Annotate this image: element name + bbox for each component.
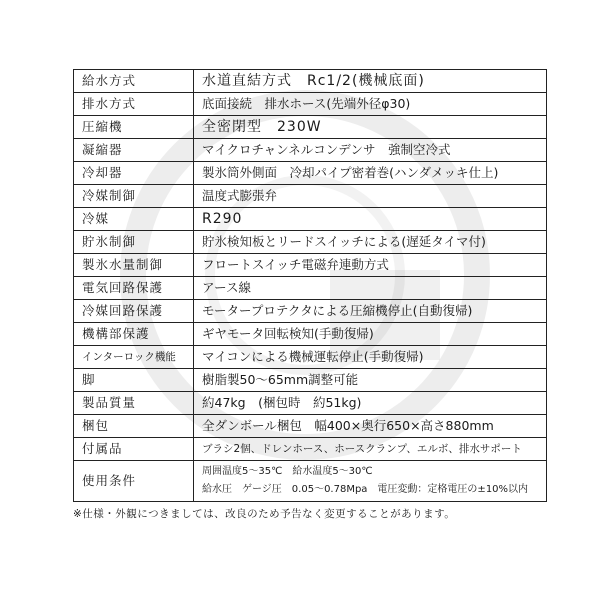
spec-table: 給水方式 水道直結方式 Rc1/2(機械底面) 排水方式 底面接続 排水ホース(… xyxy=(73,69,547,502)
table-row: インターロック機能 マイコンによる機械運転停止(手動復帰) xyxy=(74,346,547,369)
row-value: マイコンによる機械運転停止(手動復帰) xyxy=(194,346,547,369)
row-value: 水道直結方式 Rc1/2(機械底面) xyxy=(194,70,547,93)
row-label: 脚 xyxy=(74,369,194,392)
row-label: 冷媒制御 xyxy=(74,185,194,208)
table-row: 冷却器 製氷筒外側面 冷却パイプ密着巻(ハンダメッキ仕上) xyxy=(74,162,547,185)
row-label: 製氷水量制御 xyxy=(74,254,194,277)
row-value: フロートスイッチ電磁弁連動方式 xyxy=(194,254,547,277)
footnote: ※仕様・外観につきましては、改良のため予告なく変更することがあります。 xyxy=(73,506,455,521)
row-label: 給水方式 xyxy=(74,70,194,93)
row-label: 凝縮器 xyxy=(74,139,194,162)
table-row: 付属品 ブラシ2個、ドレンホース、ホースクランプ、エルボ、排水サポート xyxy=(74,438,547,461)
table-row: 製氷水量制御 フロートスイッチ電磁弁連動方式 xyxy=(74,254,547,277)
row-value: R290 xyxy=(194,208,547,231)
row-value: アース線 xyxy=(194,277,547,300)
row-value: マイクロチャンネルコンデンサ 強制空冷式 xyxy=(194,139,547,162)
row-label: 使用条件 xyxy=(74,461,194,502)
table-row: 冷媒制御 温度式膨張弁 xyxy=(74,185,547,208)
row-value: 全密閉型 230W xyxy=(194,116,547,139)
row-label: 貯氷制御 xyxy=(74,231,194,254)
table-row: 圧縮機 全密閉型 230W xyxy=(74,116,547,139)
row-value: 温度式膨張弁 xyxy=(194,185,547,208)
table-row: 製品質量 約47kg (梱包時 約51kg) xyxy=(74,392,547,415)
row-value: 製氷筒外側面 冷却パイプ密着巻(ハンダメッキ仕上) xyxy=(194,162,547,185)
row-label: 排水方式 xyxy=(74,93,194,116)
row-value: 底面接続 排水ホース(先端外径φ30) xyxy=(194,93,547,116)
row-label: 電気回路保護 xyxy=(74,277,194,300)
row-value: 約47kg (梱包時 約51kg) xyxy=(194,392,547,415)
table-row-conditions: 使用条件 周囲温度5〜35℃ 給水温度5〜30℃ 給水圧 ゲージ圧 0.05〜0… xyxy=(74,461,547,502)
row-label: 冷媒 xyxy=(74,208,194,231)
row-value: モータープロテクタによる圧縮機停止(自動復帰) xyxy=(194,300,547,323)
table-row: 電気回路保護 アース線 xyxy=(74,277,547,300)
table-row: 給水方式 水道直結方式 Rc1/2(機械底面) xyxy=(74,70,547,93)
row-label: 製品質量 xyxy=(74,392,194,415)
row-value-conditions: 周囲温度5〜35℃ 給水温度5〜30℃ 給水圧 ゲージ圧 0.05〜0.78Mp… xyxy=(194,461,547,502)
row-value: ブラシ2個、ドレンホース、ホースクランプ、エルボ、排水サポート xyxy=(194,438,547,461)
table-row: 貯氷制御 貯氷検知板とリードスイッチによる(遅延タイマ付) xyxy=(74,231,547,254)
row-label: 冷媒回路保護 xyxy=(74,300,194,323)
table-row: 梱包 全ダンボール梱包 幅400×奥行650×高さ880mm xyxy=(74,415,547,438)
row-value: 全ダンボール梱包 幅400×奥行650×高さ880mm xyxy=(194,415,547,438)
table-row: 排水方式 底面接続 排水ホース(先端外径φ30) xyxy=(74,93,547,116)
row-label: 梱包 xyxy=(74,415,194,438)
table-row: 機構部保護 ギヤモータ回転検知(手動復帰) xyxy=(74,323,547,346)
conditions-line-pressure-voltage: 給水圧 ゲージ圧 0.05〜0.78Mpa 電圧変動：定格電圧の±10%以内 xyxy=(202,481,546,499)
row-label: 付属品 xyxy=(74,438,194,461)
row-label: 圧縮機 xyxy=(74,116,194,139)
table-row: 冷媒 R290 xyxy=(74,208,547,231)
table-row: 冷媒回路保護 モータープロテクタによる圧縮機停止(自動復帰) xyxy=(74,300,547,323)
row-value: ギヤモータ回転検知(手動復帰) xyxy=(194,323,547,346)
table-row: 凝縮器 マイクロチャンネルコンデンサ 強制空冷式 xyxy=(74,139,547,162)
row-value: 樹脂製50〜65mm調整可能 xyxy=(194,369,547,392)
row-label: 機構部保護 xyxy=(74,323,194,346)
conditions-line-temperature: 周囲温度5〜35℃ 給水温度5〜30℃ xyxy=(202,463,546,481)
row-value: 貯氷検知板とリードスイッチによる(遅延タイマ付) xyxy=(194,231,547,254)
row-label: インターロック機能 xyxy=(74,346,194,369)
row-label: 冷却器 xyxy=(74,162,194,185)
table-row: 脚 樹脂製50〜65mm調整可能 xyxy=(74,369,547,392)
